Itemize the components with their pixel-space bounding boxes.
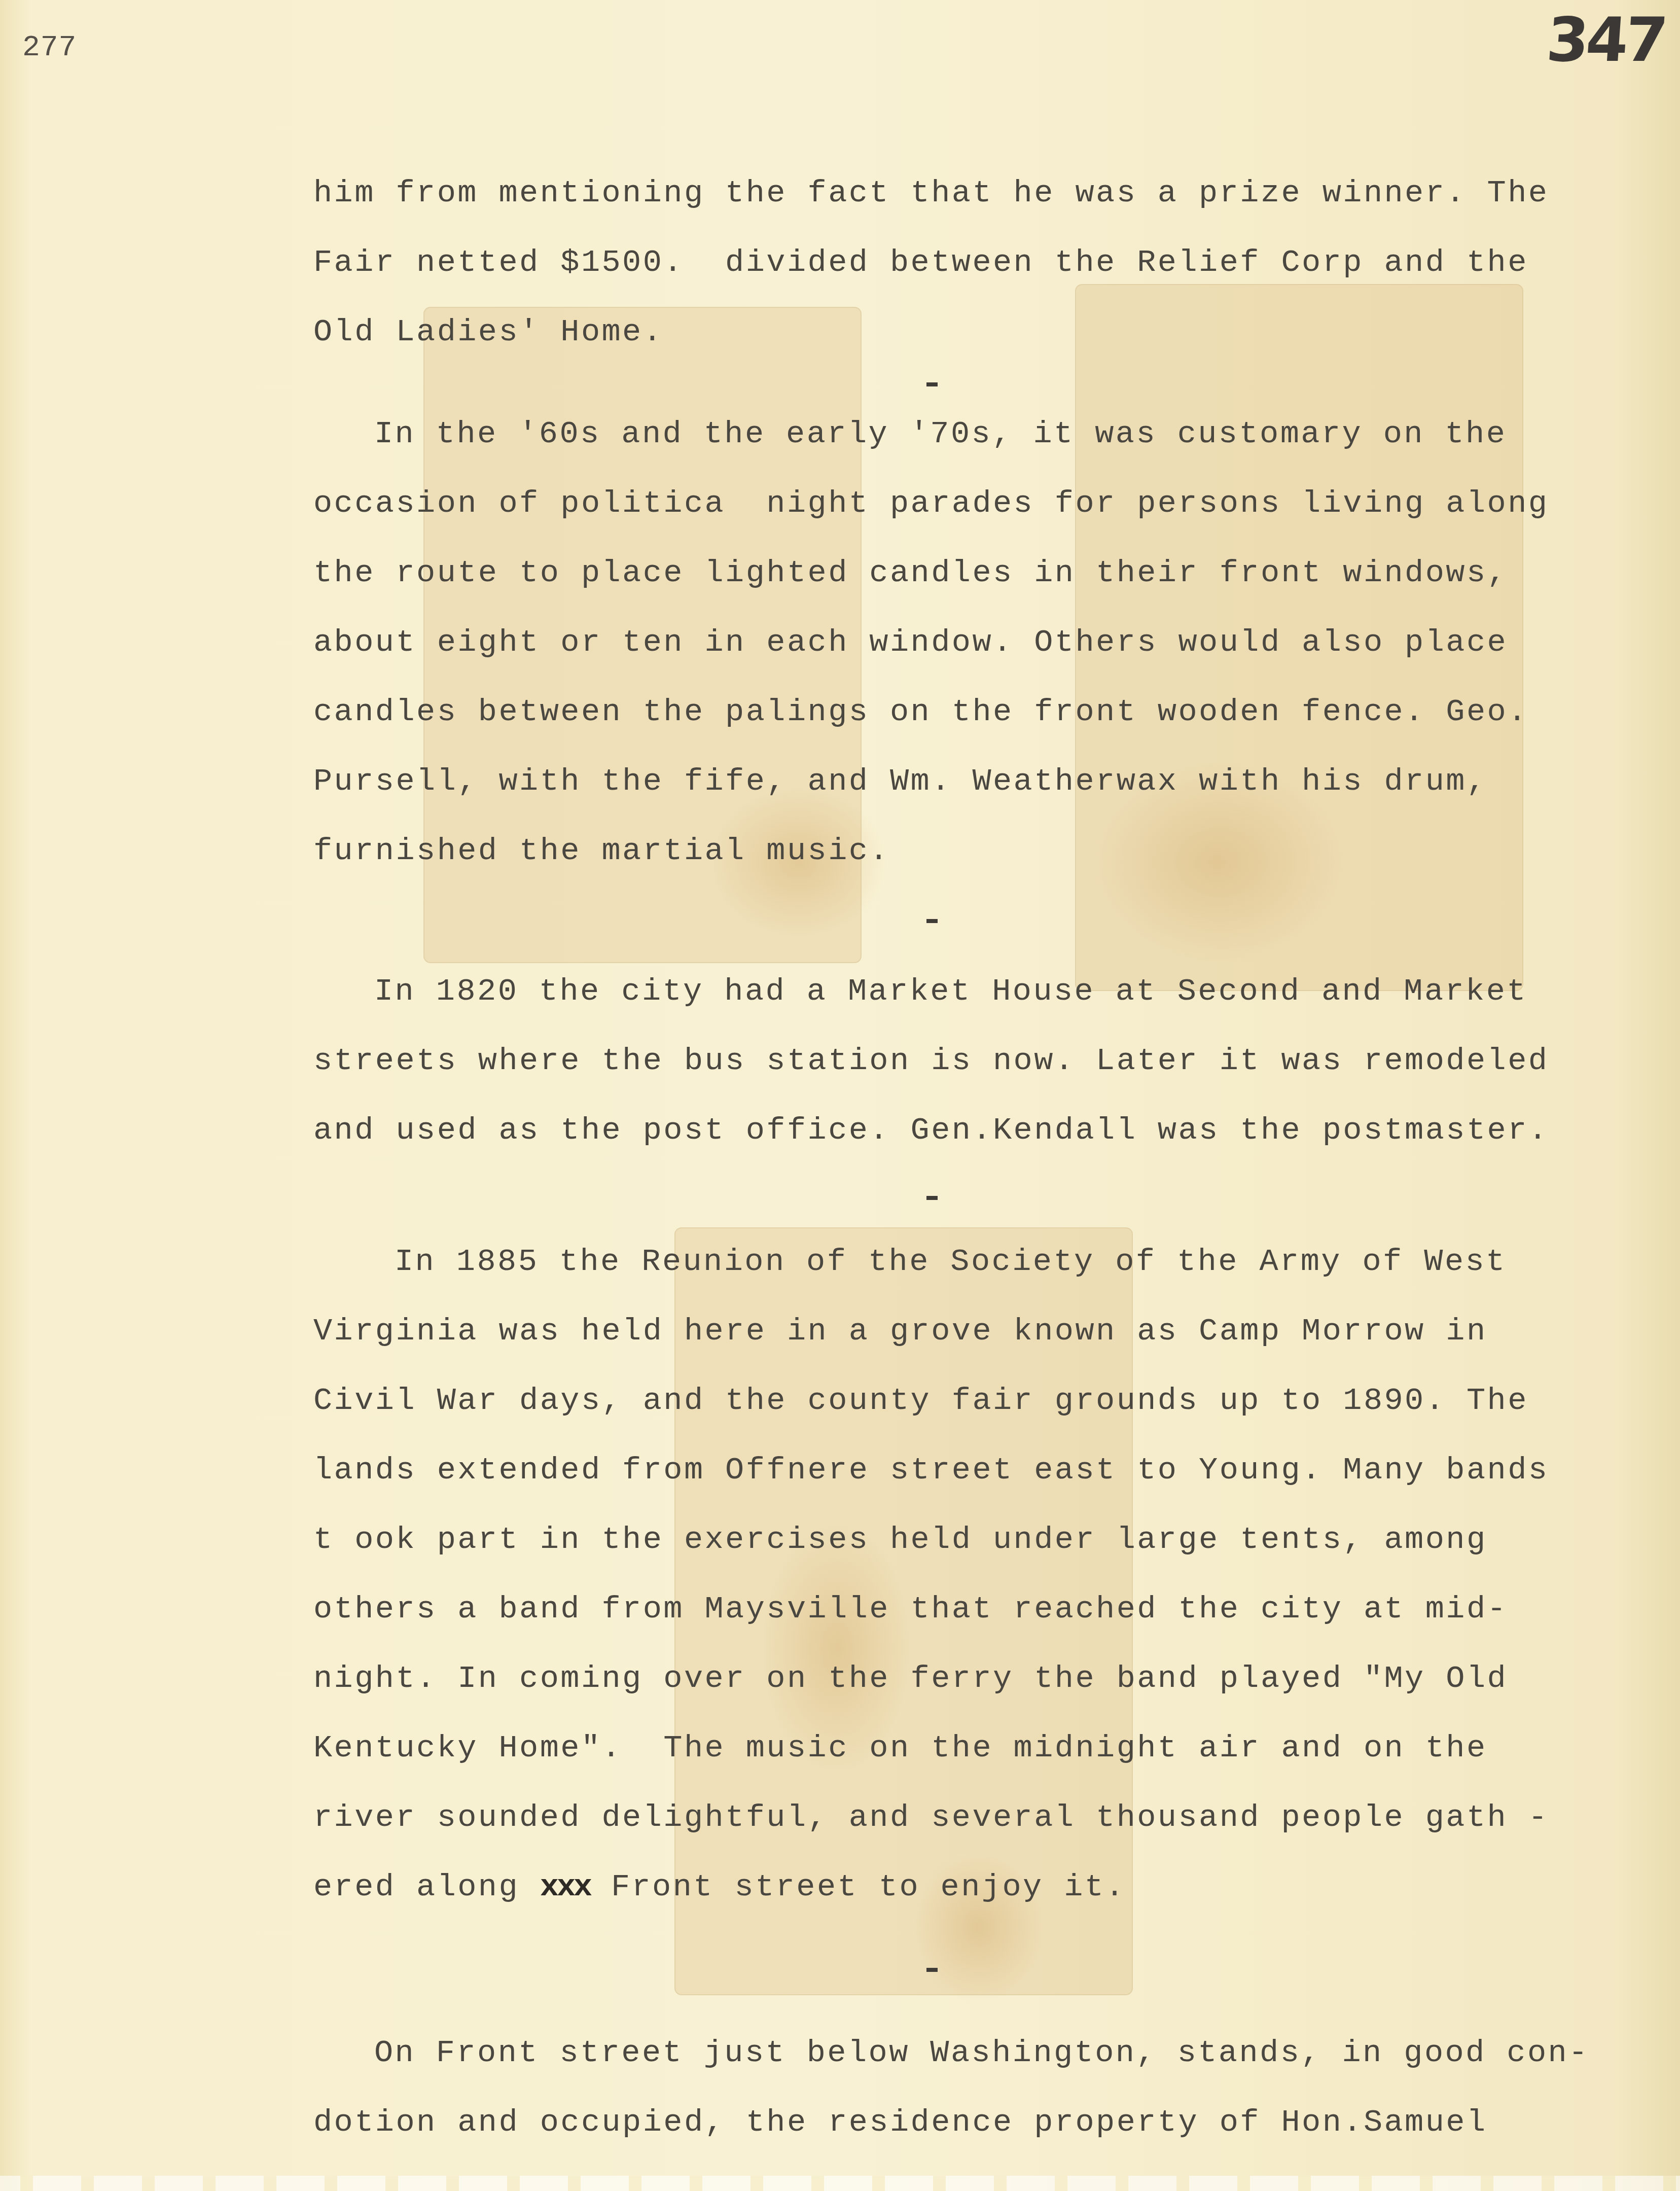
paragraph: him from mentioning the fact that he was… — [313, 158, 1551, 367]
text-fragment: Front street to enjoy it. — [590, 1869, 1126, 1905]
section-separator — [313, 367, 1551, 402]
text-line: Kentucky Home". The music on the midnigh… — [313, 1713, 1551, 1783]
struck-out-text: xxx — [540, 1869, 591, 1905]
text-line: In 1820 the city had a Market House at S… — [313, 957, 1551, 1026]
text-line: and used as the post office. Gen.Kendall… — [313, 1095, 1551, 1165]
text-fragment: ered along — [313, 1869, 540, 1905]
text-line: In 1885 the Reunion of the Society of th… — [313, 1227, 1551, 1296]
text-line: the route to place lighted candles in th… — [313, 538, 1551, 608]
text-line: furnished the martial music. — [313, 816, 1551, 886]
text-line: candles between the palings on the front… — [313, 677, 1551, 747]
text-line: Civil War days, and the county fair grou… — [313, 1366, 1551, 1435]
text-line: Virginia was held here in a grove known … — [313, 1296, 1551, 1366]
dash-mark — [926, 1196, 938, 1200]
text-line: In the '60s and the early '70s, it was c… — [313, 399, 1551, 469]
handwritten-page-number: 347 — [1544, 5, 1667, 76]
text-line: night. In coming over on the ferry the b… — [313, 1644, 1551, 1713]
torn-edge — [0, 2176, 1680, 2191]
dash-mark — [926, 919, 938, 923]
text-line: On Front street just below Washington, s… — [313, 2018, 1551, 2088]
text-line: him from mentioning the fact that he was… — [313, 158, 1551, 228]
text-line: dotion and occupied, the residence prope… — [313, 2088, 1551, 2157]
text-line: streets where the bus station is now. La… — [313, 1026, 1551, 1095]
dash-mark — [926, 382, 938, 386]
text-line: about eight or ten in each window. Other… — [313, 608, 1551, 677]
paragraph: In the '60s and the early '70s, it was c… — [313, 399, 1551, 886]
text-line: occasion of politica night parades for p… — [313, 469, 1551, 538]
section-separator — [313, 1922, 1551, 2018]
paragraph: In 1820 the city had a Market House at S… — [313, 957, 1551, 1165]
text-line: Pursell, with the fife, and Wm. Weatherw… — [313, 747, 1551, 816]
paragraph: On Front street just below Washington, s… — [313, 2018, 1551, 2157]
section-separator — [313, 886, 1551, 957]
text-line: ered along xxx Front street to enjoy it. — [313, 1852, 1551, 1922]
text-line: lands extended from Offnere street east … — [313, 1435, 1551, 1505]
dash-mark — [926, 1968, 938, 1972]
text-line: Old Ladies' Home. — [313, 297, 1551, 367]
paragraph: In 1885 the Reunion of the Society of th… — [313, 1227, 1551, 1922]
text-line: Fair netted $1500. divided between the R… — [313, 228, 1551, 297]
typed-body: him from mentioning the fact that he was… — [313, 158, 1551, 2157]
text-line: river sounded delightful, and several th… — [313, 1783, 1551, 1852]
folio-number: 277 — [22, 31, 77, 64]
document-page: 277 347 him from mentioning the fact tha… — [0, 0, 1680, 2191]
text-line: t ook part in the exercises held under l… — [313, 1505, 1551, 1574]
text-line: others a band from Maysville that reache… — [313, 1574, 1551, 1644]
section-separator — [313, 1165, 1551, 1231]
